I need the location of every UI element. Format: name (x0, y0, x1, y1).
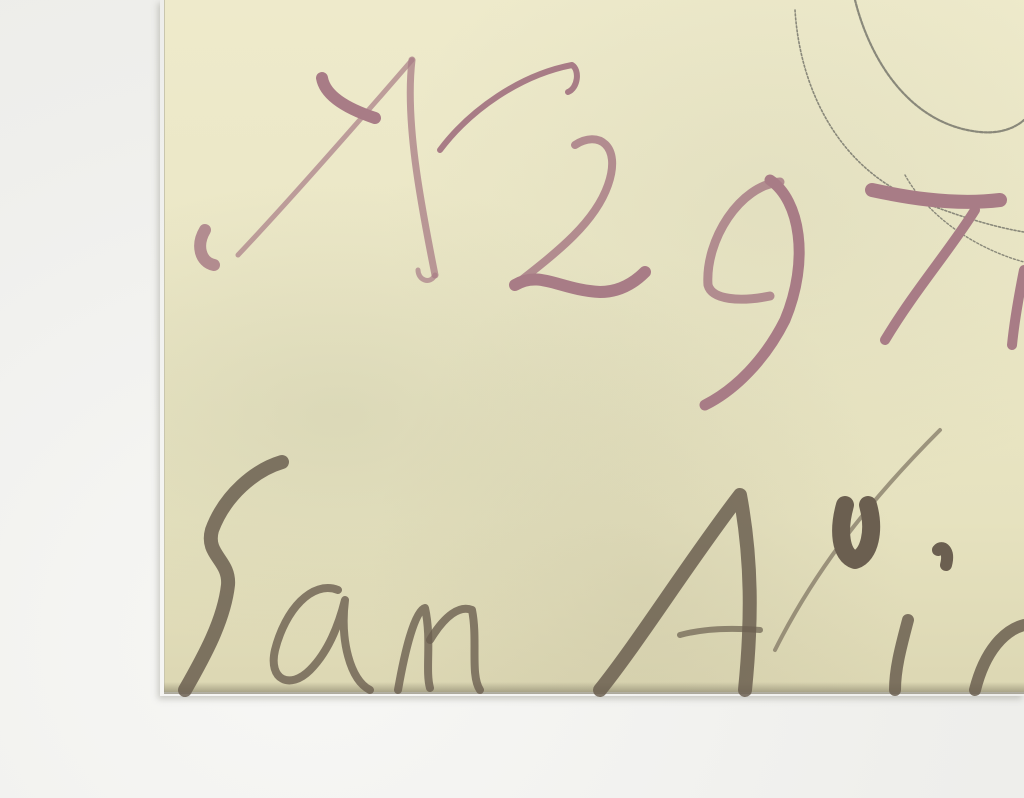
signature-fragment (185, 430, 1024, 690)
photo-scene (0, 0, 1024, 798)
number-marking (200, 60, 1024, 405)
handwriting-layer (0, 0, 1024, 798)
pencil-arcs (795, 0, 1024, 262)
